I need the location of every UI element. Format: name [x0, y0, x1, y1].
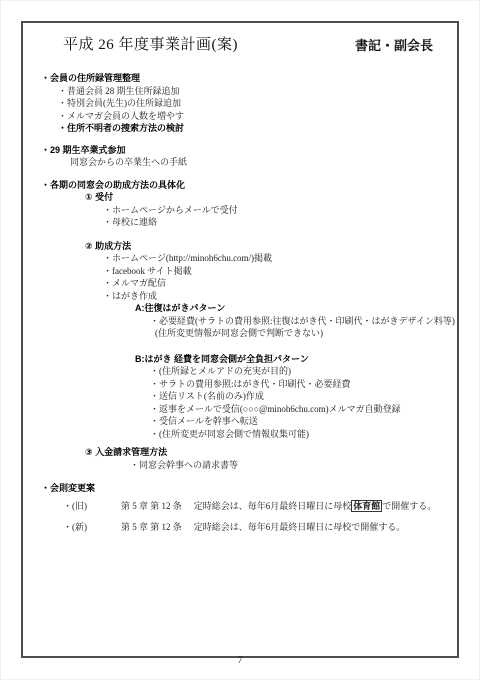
doc-line-segment: ・各期の同窓会の助成方法の具体化 [41, 179, 185, 192]
page-number: 7 [0, 656, 480, 666]
doc-line-segment: ・(新) [63, 521, 87, 534]
doc-line-segment: で開催する。 [382, 500, 436, 513]
doc-line-segment: ・同窓会幹事への請求書等 [130, 459, 238, 472]
doc-line-segment: ・facebook サイト掲載 [103, 265, 192, 278]
doc-line-segment: ① 受付 [85, 191, 113, 204]
doc-line: ・サラトの費用参照:はがき代・印刷代・必要経費 [41, 378, 451, 391]
document-header: 平成 26 年度事業計画(案) 書記・副会長 [63, 33, 433, 55]
boxed-term: 体育館 [351, 500, 382, 512]
doc-line: ・ホームページからメールで受付 [41, 204, 451, 217]
doc-line: ・母校に連絡 [41, 216, 451, 229]
document-lines: ・会員の住所録管理整理・普通会員 28 期生住所録追加・特別会員(先生)の住所録… [41, 72, 451, 534]
doc-line-segment: ・受信メールを幹事へ転送 [150, 415, 258, 428]
doc-line-segment: ・会員の住所録管理整理 [41, 72, 140, 85]
doc-line-segment: ・サラトの費用参照:はがき代・印刷代・必要経費 [150, 378, 351, 391]
doc-line: ・普通会員 28 期生住所録追加 [41, 85, 451, 98]
doc-line: ・受信メールを幹事へ転送 [41, 415, 451, 428]
doc-line-segment: ・(旧) [63, 500, 87, 513]
doc-line: ・各期の同窓会の助成方法の具体化 [41, 179, 451, 192]
doc-line-segment: ② 助成方法 [85, 240, 131, 253]
doc-line: ・(住所録とメルアドの充実が目的) [41, 365, 451, 378]
doc-line: ・facebook サイト掲載 [41, 265, 451, 278]
doc-line: ・特別会員(先生)の住所録追加 [41, 97, 451, 110]
doc-line-segment: ・母校に連絡 [103, 216, 157, 229]
doc-line: ・ホームページ(http://minoh6chu.com/)掲載 [41, 252, 451, 265]
page-title: 平成 26 年度事業計画(案) [63, 37, 238, 53]
doc-line: A:往復はがきパターン [41, 302, 451, 315]
doc-line-segment: ・必要経費(サラトの費用参照:往復はがき代・印刷代・はがきデザイン料等) [150, 315, 455, 328]
doc-line-segment: 第 5 章 第 12 条 [121, 521, 182, 534]
doc-line: B:はがき 経費を同窓会側が全負担パターン [41, 353, 451, 366]
doc-line: ・必要経費(サラトの費用参照:往復はがき代・印刷代・はがきデザイン料等) [41, 315, 451, 328]
doc-line-segment: 同窓会からの卒業生への手紙 [70, 156, 187, 169]
doc-line: ・会則変更案 [41, 482, 451, 495]
doc-line-segment: (住所変更情報が同窓会側で判断できない) [155, 327, 323, 340]
page-frame: 平成 26 年度事業計画(案) 書記・副会長 ・会員の住所録管理整理・普通会員 … [21, 21, 459, 658]
doc-line-segment: ・メルマガ会員の人数を増やす [58, 110, 184, 123]
doc-line-segment: B:はがき 経費を同窓会側が全負担パターン [135, 353, 309, 366]
doc-line-segment: ・普通会員 28 期生住所録追加 [58, 85, 180, 98]
author-label: 書記・副会長 [355, 35, 433, 54]
doc-line-segment: ・(住所録とメルアドの充実が目的) [150, 365, 291, 378]
doc-line: ・メルマガ会員の人数を増やす [41, 110, 451, 123]
doc-line: 同窓会からの卒業生への手紙 [41, 156, 451, 169]
doc-line: ・会員の住所録管理整理 [41, 72, 451, 85]
doc-line: ・送信リスト(名前のみ)作成 [41, 390, 451, 403]
doc-line: ・29 期生卒業式参加 [41, 144, 451, 157]
doc-line: ・返事をメールで受信(○○○@minoh6chu.com)メルマガ自動登録 [41, 403, 451, 416]
doc-line-segment: ・特別会員(先生)の住所録追加 [58, 97, 181, 110]
doc-line: ③ 入金請求管理方法 [41, 446, 451, 459]
doc-line: (住所変更情報が同窓会側で判断できない) [41, 327, 451, 340]
doc-line-segment: ③ 入金請求管理方法 [85, 446, 167, 459]
doc-line: ① 受付 [41, 191, 451, 204]
doc-line: ・(住所変更が同窓会側で情報収集可能) [41, 428, 451, 441]
doc-line-segment: ・送信リスト(名前のみ)作成 [150, 390, 264, 403]
doc-line: ・(新)第 5 章 第 12 条定時総会は、毎年6月最終日曜日に母校で開催する。 [41, 521, 451, 534]
doc-line-segment: ・ホームページ(http://minoh6chu.com/)掲載 [103, 252, 272, 265]
doc-line-segment: A:往復はがきパターン [135, 302, 225, 315]
doc-line: ・はがき作成 [41, 290, 451, 303]
doc-line: ・同窓会幹事への請求書等 [41, 459, 451, 472]
doc-line-segment: 定時総会は、毎年6月最終日曜日に母校で開催する。 [194, 521, 406, 534]
doc-line-segment: ・会則変更案 [41, 482, 95, 495]
doc-line-segment: ・はがき作成 [103, 290, 157, 303]
doc-line-segment: ・ホームページからメールで受付 [103, 204, 238, 217]
doc-line-segment: 定時総会は、毎年6月最終日曜日に母校 [194, 500, 352, 513]
doc-line-segment: ・返事をメールで受信(○○○@minoh6chu.com)メルマガ自動登録 [150, 403, 401, 416]
doc-line-segment: ・29 期生卒業式参加 [41, 144, 126, 157]
doc-line-segment: ・(住所変更が同窓会側で情報収集可能) [150, 428, 309, 441]
doc-line-segment: ・メルマガ配信 [103, 277, 166, 290]
doc-line: ② 助成方法 [41, 240, 451, 253]
doc-line-segment: ・住所不明者の捜索方法の検討 [58, 122, 184, 135]
doc-line: ・(旧)第 5 章 第 12 条定時総会は、毎年6月最終日曜日に母校体育館で開催… [41, 500, 451, 513]
doc-line-segment: 第 5 章 第 12 条 [121, 500, 182, 513]
doc-line: ・メルマガ配信 [41, 277, 451, 290]
doc-line: ・住所不明者の捜索方法の検討 [41, 122, 451, 135]
